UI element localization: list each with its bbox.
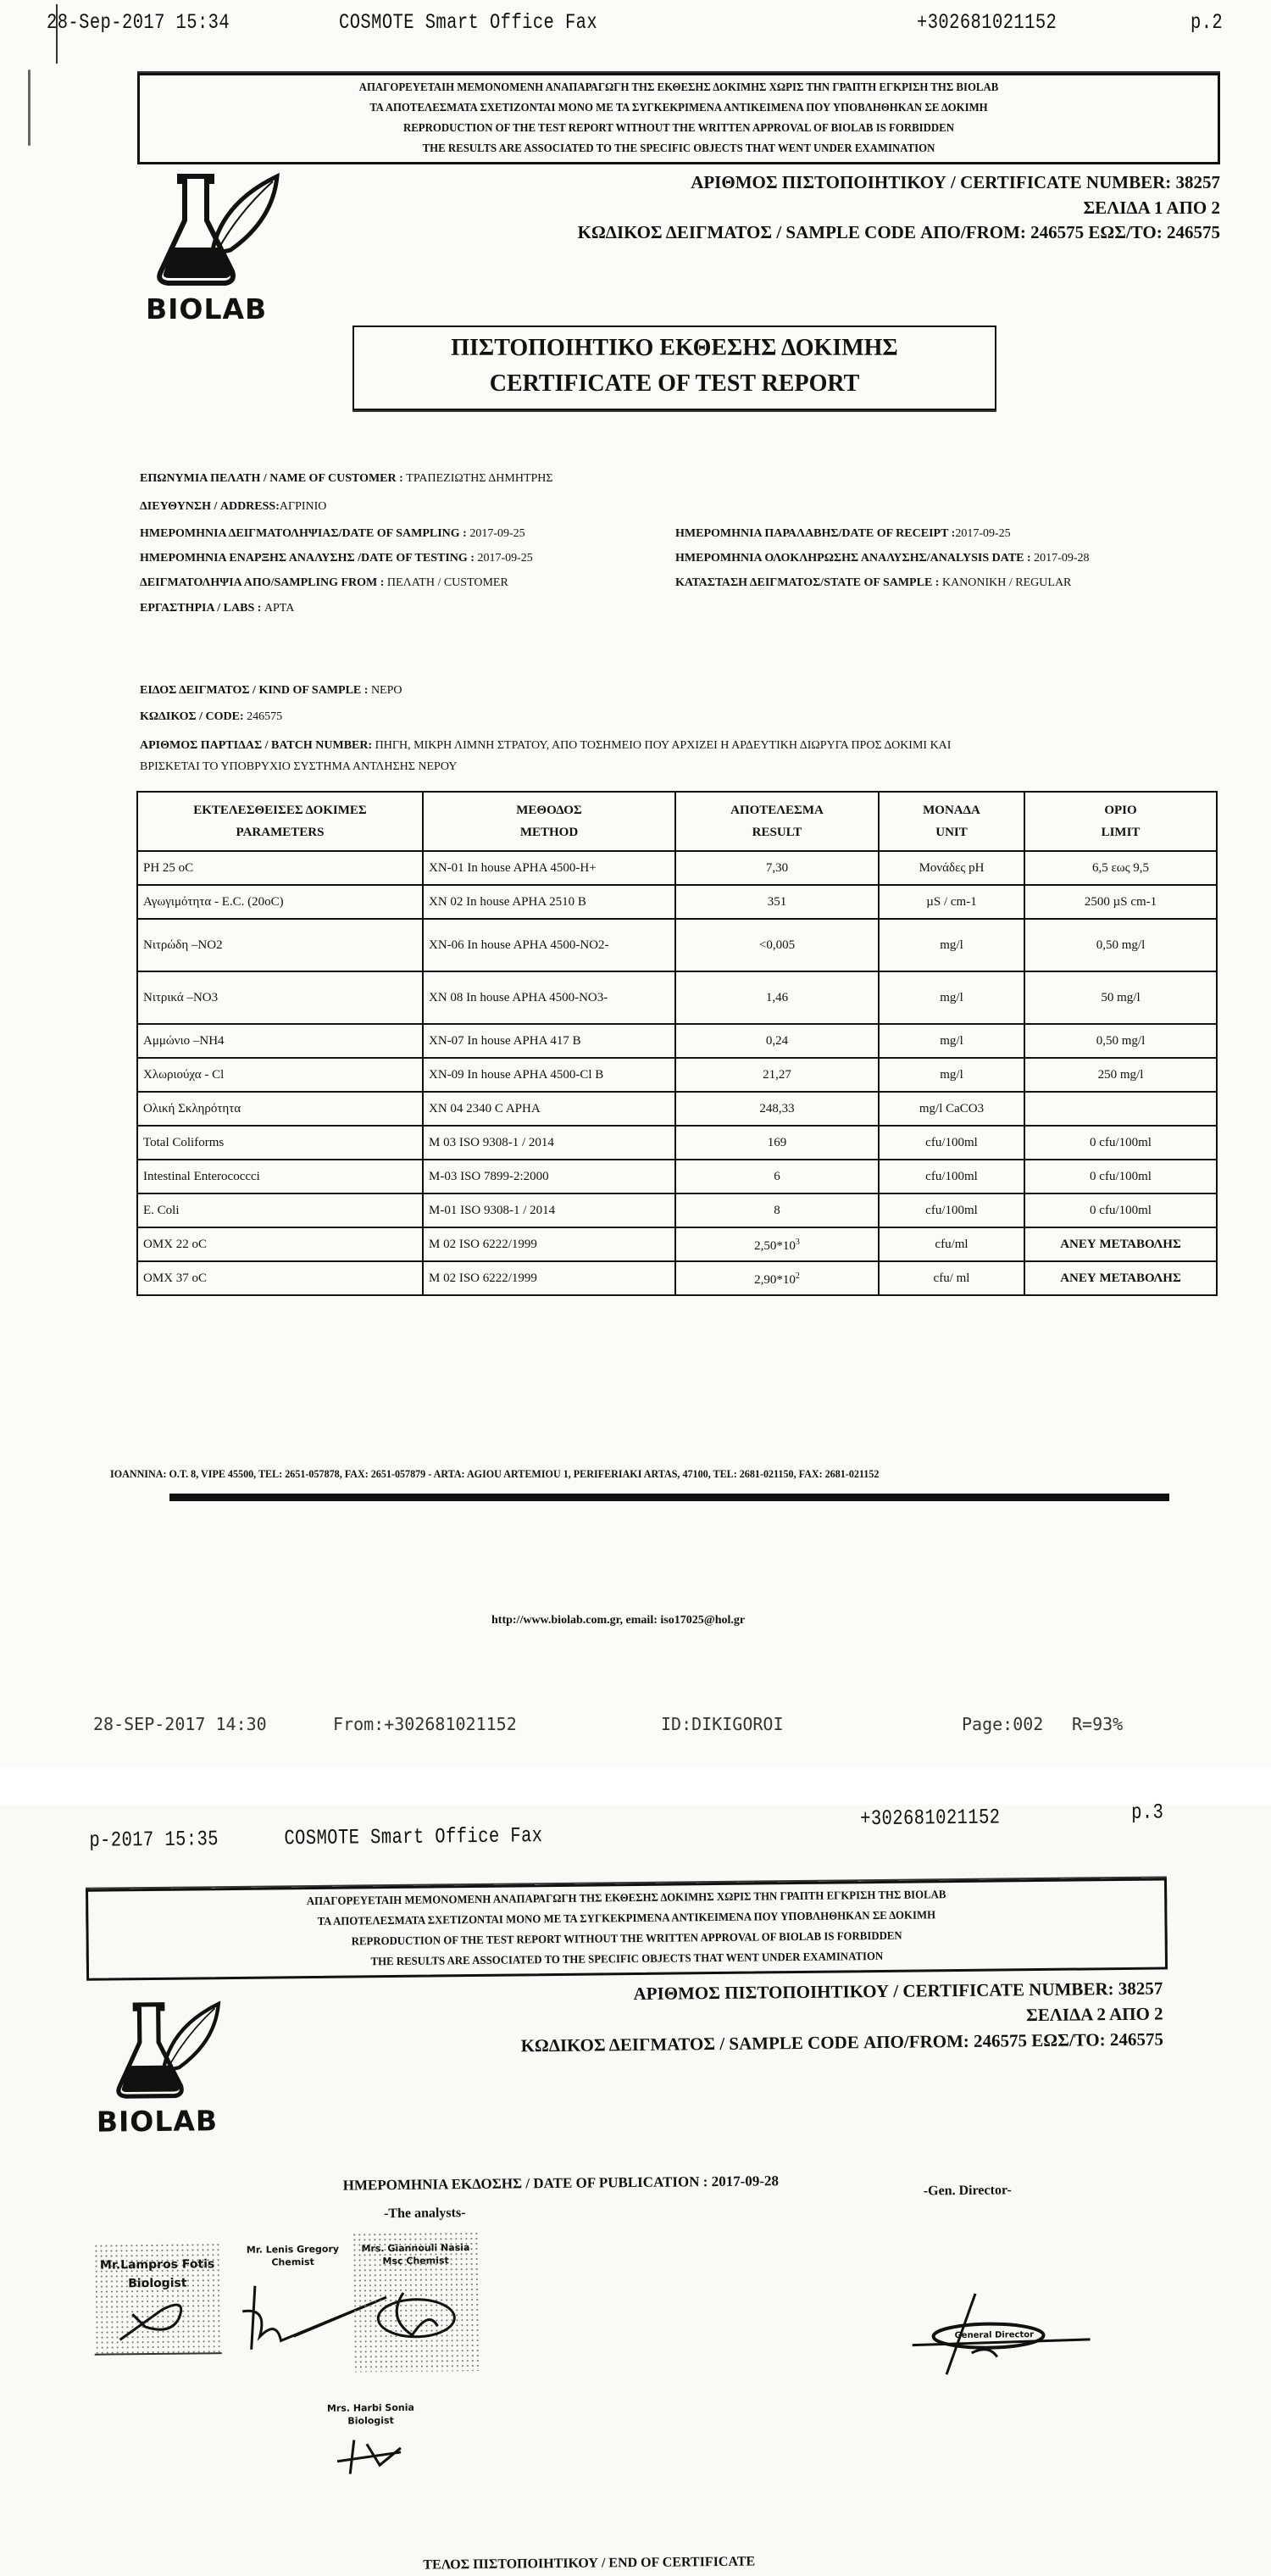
cell-unit: µS / cm-1 <box>879 885 1024 919</box>
fax-footer-datetime: 28-SEP-2017 14:30 <box>93 1714 267 1734</box>
date-of-testing: ΗΜΕΡΟΜΗΝΙΑ ΕΝΑΡΞΗΣ ΑΝΑΛΥΣΗΣ /DATE OF TES… <box>140 552 533 565</box>
cell-result: 169 <box>675 1126 879 1160</box>
certificate-number: ΑΡΙΘΜΟΣ ΠΙΣΤΟΠΟΙΗΤΙΚΟΥ / CERTIFICATE NUM… <box>691 172 1220 193</box>
lab-website-email: http://www.biolab.com.gr, email: iso1702… <box>491 1614 745 1627</box>
sample-code: ΚΩΔΙΚΟΣ / CODE: 246575 <box>140 710 282 724</box>
table-row: OMX 22 oCM 02 ISO 6222/19992,50*103cfu/m… <box>137 1227 1217 1261</box>
cell-method: XN-01 In house APHA 4500-H+ <box>423 851 675 885</box>
fax-datetime: p-2017 15:35 <box>89 1827 219 1853</box>
sample-code-range: ΚΩΔΙΚΟΣ ΔΕΙΓΜΑΤΟΣ / SAMPLE CODE ΑΠΟ/FROM… <box>578 222 1220 243</box>
publication-date: ΗΜΕΡΟΜΗΝΙΑ ΕΚΔΟΣΗΣ / DATE OF PUBLICATION… <box>343 2173 779 2194</box>
date-of-sampling: ΗΜΕΡΟΜΗΝΙΑ ΔΕΙΓΜΑΤΟΛΗΨΙΑΣ/DATE OF SAMPLI… <box>140 527 525 541</box>
customer-address: ΔΙΕΥΘΥΝΣΗ / ADDRESS:ΑΓΡΙΝΙΟ <box>140 500 326 514</box>
cell-parameter: Total Coliforms <box>137 1126 423 1160</box>
analysis-date: ΗΜΕΡΟΜΗΝΙΑ ΟΛΟΚΛΗΡΩΣΗΣ ΑΝΑΛΥΣΗΣ/ANALYSIS… <box>675 552 1090 565</box>
batch-number: ΑΡΙΘΜΟΣ ΠΑΡΤΙΔΑΣ / BATCH NUMBER: ΠΗΓΗ, Μ… <box>140 739 951 753</box>
page-gap <box>0 1767 1271 1805</box>
cell-parameter: Ολική Σκληρότητα <box>137 1092 423 1126</box>
signatory-name: General Director <box>954 2328 1034 2342</box>
results-table: ΕΚΤΕΛΕΣΘΕΙΣΕΣ ΔΟΚΙΜΕΣPARAMETERS ΜΕΘΟΔΟΣM… <box>136 791 1218 1296</box>
cell-limit: 2500 µS cm-1 <box>1024 885 1217 919</box>
table-row: Χλωριούχα - ClXN-09 In house APHA 4500-C… <box>137 1058 1217 1092</box>
fax-page: p.3 <box>1131 1800 1163 1824</box>
fax-page: p.2 <box>1191 10 1223 35</box>
cell-method: M 03 ISO 9308-1 / 2014 <box>423 1126 675 1160</box>
cell-limit: ΑΝΕΥ ΜΕΤΑΒΟΛΗΣ <box>1024 1261 1217 1295</box>
cell-limit: 250 mg/l <box>1024 1058 1217 1092</box>
fax-number: +302681021152 <box>860 1805 1001 1831</box>
header-method: ΜΕΘΟΔΟΣMETHOD <box>423 792 675 851</box>
reproduction-warning: ΑΠΑΓΟΡΕΥΕΤΑΙΗ ΜΕΜΟΝΟΜΕΝΗ ΑΝΑΠΑΡΑΓΩΓΗ ΤΗΣ… <box>137 73 1220 164</box>
cell-result: <0,005 <box>675 919 879 971</box>
biolab-wordmark: BIOLAB <box>97 2104 245 2139</box>
kind-of-sample: ΕΙΔΟΣ ΔΕΙΓΜΑΤΟΣ / KIND OF SAMPLE : ΝΕΡΟ <box>140 684 402 698</box>
cell-unit: cfu/100ml <box>879 1160 1024 1193</box>
fax-footer-resolution: R=93% <box>1072 1714 1123 1734</box>
result-exponent: 3 <box>796 1238 800 1247</box>
cell-result: 7,30 <box>675 851 879 885</box>
cell-result: 2,50*103 <box>675 1227 879 1261</box>
table-row: E. ColiM-01 ISO 9308-1 / 20148cfu/100ml0… <box>137 1193 1217 1227</box>
signatory-role: Chemist <box>234 2256 352 2269</box>
director-label: -Gen. Director- <box>924 2183 1012 2199</box>
cell-parameter: OMX 37 oC <box>137 1261 423 1295</box>
cell-limit: 0 cfu/100ml <box>1024 1126 1217 1160</box>
header-limit: ΟΡΙΟLIMIT <box>1024 792 1217 851</box>
cell-method: M-01 ISO 9308-1 / 2014 <box>423 1193 675 1227</box>
signature-scribble-icon <box>94 2292 222 2345</box>
cell-unit: mg/l <box>879 1058 1024 1092</box>
signatory-name: Mrs. Harbi Sonia <box>319 2401 421 2415</box>
sample-code-range: ΚΩΔΙΚΟΣ ΔΕΙΓΜΑΤΟΣ / SAMPLE CODE ΑΠΟ/FROM… <box>520 2028 1163 2056</box>
table-row: Total ColiformsM 03 ISO 9308-1 / 2014169… <box>137 1126 1217 1160</box>
cell-unit: cfu/100ml <box>879 1126 1024 1160</box>
staple-mark <box>28 70 31 146</box>
table-row: OMX 37 oCM 02 ISO 6222/19992,90*102cfu/ … <box>137 1261 1217 1295</box>
biolab-wordmark: BIOLAB <box>146 292 294 325</box>
cell-parameter: PH 25 oC <box>137 851 423 885</box>
cell-result: 2,90*102 <box>675 1261 879 1295</box>
cell-result: 0,24 <box>675 1024 879 1058</box>
cell-unit: mg/l <box>879 919 1024 971</box>
cell-result: 8 <box>675 1193 879 1227</box>
state-of-sample: ΚΑΤΑΣΤΑΣΗ ΔΕΙΓΜΑΤΟΣ/STATE OF SAMPLE : ΚΑ… <box>675 576 1071 590</box>
cell-unit: cfu/ ml <box>879 1261 1024 1295</box>
fax-service: COSMOTE Smart Office Fax <box>339 10 597 35</box>
cell-method: XN 02 In house APHA 2510 B <box>423 885 675 919</box>
cell-method: M 02 ISO 6222/1999 <box>423 1227 675 1261</box>
table-row: Νιτρικά –NO3XN 08 In house APHA 4500-NO3… <box>137 971 1217 1024</box>
signature-lampros-fotis: Mr.Lampros Fotis Biologist <box>93 2242 221 2356</box>
signatory-role: Msc Chemist <box>352 2254 480 2268</box>
cell-method: XN 08 In house APHA 4500-NO3- <box>423 971 675 1024</box>
header-result: ΑΠΟΤΕΛΕΣΜΑRESULT <box>675 792 879 851</box>
flask-leaf-icon <box>146 170 294 288</box>
warning-line: ΑΠΑΓΟΡΕΥΕΤΑΙΗ ΜΕΜΟΝΟΜΕΝΗ ΑΝΑΠΑΡΑΓΩΓΗ ΤΗΣ… <box>167 77 1191 97</box>
warning-line: ΤΑ ΑΠΟΤΕΛΕΣΜΑΤΑ ΣΧΕΤΙΖΟΝΤΑΙ ΜΟΝΟ ΜΕ ΤΑ Σ… <box>167 97 1191 118</box>
biolab-logo: BIOLAB <box>95 1998 245 2139</box>
cell-parameter: Αγωγιμότητα - E.C. (20oC) <box>137 885 423 919</box>
result-exponent: 2 <box>796 1271 800 1281</box>
analysts-label: -The analysts- <box>384 2206 466 2222</box>
cell-limit: 0 cfu/100ml <box>1024 1193 1217 1227</box>
sampling-from: ΔΕΙΓΜΑΤΟΛΗΨΙΑ ΑΠΟ/SAMPLING FROM : ΠΕΛΑΤΗ… <box>140 576 508 590</box>
fax-page-1: 28-Sep-2017 15:34 COSMOTE Smart Office F… <box>0 0 1271 1767</box>
table-header-row: ΕΚΤΕΛΕΣΘΕΙΣΕΣ ΔΟΚΙΜΕΣPARAMETERS ΜΕΘΟΔΟΣM… <box>137 792 1217 851</box>
batch-number-cont: ΒΡΙΣΚΕΤΑΙ ΤΟ ΥΠΟΒΡΥΧΙΟ ΣΥΣΤΗΜΑ ΑΝΤΛΗΣΗΣ … <box>140 760 457 774</box>
flask-leaf-icon <box>95 1998 244 2101</box>
fax-datetime: 28-Sep-2017 15:34 <box>47 10 230 35</box>
signature-harbi-sonia: Mrs. Harbi Sonia Biologist <box>319 2401 422 2495</box>
cell-result: 351 <box>675 885 879 919</box>
signatory-name: Mrs. Giannouli Nasia <box>352 2241 479 2256</box>
header-unit: ΜΟΝΑΔΑUNIT <box>879 792 1024 851</box>
signatory-name: Mr.Lampros Fotis <box>94 2255 221 2275</box>
signature-scribble-icon <box>895 2275 1091 2378</box>
fax-footer-page: Page:002 <box>962 1714 1043 1734</box>
signature-lenis-gregory: Mr. Lenis Gregory Chemist <box>233 2243 352 2362</box>
reproduction-warning: ΑΠΑΓΟΡΕΥΕΤΑΙΗ ΜΕΜΟΝΟΜΕΝΗ ΑΝΑΠΑΡΑΓΩΓΗ ΤΗΣ… <box>86 1878 1168 1980</box>
lab-addresses: IOANNINA: O.T. 8, VIPE 45500, TEL: 2651-… <box>110 1467 879 1481</box>
cell-unit: mg/l <box>879 1024 1024 1058</box>
signature-scribble-icon <box>320 2427 423 2479</box>
labs: ΕΡΓΑΣΤΗΡΙΑ / LABS : ΑΡΤΑ <box>140 602 294 615</box>
cell-method: M-03 ISO 7899-2:2000 <box>423 1160 675 1193</box>
cell-parameter: Intestinal Enterococcci <box>137 1160 423 1193</box>
biolab-logo: BIOLAB <box>146 170 294 325</box>
signatory-role: Biologist <box>320 2414 422 2428</box>
footer-bar <box>169 1494 1169 1501</box>
page-of: ΣΕΛΙΔΑ 1 ΑΠΟ 2 <box>1083 198 1220 219</box>
cell-unit: Μονάδες pH <box>879 851 1024 885</box>
fax-footer-id: ID:DIKIGOROI <box>661 1714 784 1734</box>
cell-limit: 0 cfu/100ml <box>1024 1160 1217 1193</box>
cell-parameter: Αμμώνιο –NH4 <box>137 1024 423 1058</box>
cell-result: 6 <box>675 1160 879 1193</box>
fax-service: COSMOTE Smart Office Fax <box>284 1823 542 1850</box>
cell-parameter: Νιτρώδη –NO2 <box>137 919 423 971</box>
signatory-role: Biologist <box>94 2273 221 2294</box>
warning-line: REPRODUCTION OF THE TEST REPORT WITHOUT … <box>167 118 1191 138</box>
certificate-title-box: ΠΙΣΤΟΠΟΙΗΤΙΚΟ ΕΚΘΕΣΗΣ ΔΟΚΙΜΗΣ CERTIFICAT… <box>352 325 996 410</box>
cell-limit <box>1024 1092 1217 1126</box>
cell-limit: 0,50 mg/l <box>1024 919 1217 971</box>
fax-page-2: p-2017 15:35 COSMOTE Smart Office Fax +3… <box>0 1805 1271 2576</box>
date-of-receipt: ΗΜΕΡΟΜΗΝΙΑ ΠΑΡΑΛΑΒΗΣ/DATE OF RECEIPT :20… <box>675 527 1011 541</box>
cell-parameter: OMX 22 oC <box>137 1227 423 1261</box>
cell-limit: 0,50 mg/l <box>1024 1024 1217 1058</box>
table-row: Αγωγιμότητα - E.C. (20oC)XN 02 In house … <box>137 885 1217 919</box>
signature-giannouli-nasia: Mrs. Giannouli Nasia Msc Chemist <box>352 2231 480 2373</box>
end-of-certificate: ΤΕΛΟΣ ΠΙΣΤΟΠΟΙΗΤΙΚΟΥ / END OF CERTIFICAT… <box>423 2555 755 2573</box>
cell-parameter: Νιτρικά –NO3 <box>137 971 423 1024</box>
page-of: ΣΕΛΙΔΑ 2 ΑΠΟ 2 <box>1026 2003 1163 2026</box>
cell-method: M 02 ISO 6222/1999 <box>423 1261 675 1295</box>
cell-parameter: E. Coli <box>137 1193 423 1227</box>
table-row: Νιτρώδη –NO2XN-06 In house APHA 4500-NO2… <box>137 919 1217 971</box>
cell-result: 21,27 <box>675 1058 879 1092</box>
fax-number: +302681021152 <box>917 10 1057 35</box>
warning-line: THE RESULTS ARE ASSOCIATED TO THE SPECIF… <box>167 138 1191 159</box>
certificate-number: ΑΡΙΘΜΟΣ ΠΙΣΤΟΠΟΙΗΤΙΚΟΥ / CERTIFICATE NUM… <box>633 1978 1163 2005</box>
table-row: PH 25 oCXN-01 In house APHA 4500-H+7,30Μ… <box>137 851 1217 885</box>
table-row: Ολική ΣκληρότηταXN 04 2340 C APHA248,33m… <box>137 1092 1217 1126</box>
customer-name: ΕΠΩΝΥΜΙΑ ΠΕΛΑΤΗ / NAME OF CUSTOMER : ΤΡΑ… <box>140 472 553 486</box>
cell-limit: 50 mg/l <box>1024 971 1217 1024</box>
cell-unit: mg/l CaCO3 <box>879 1092 1024 1126</box>
cell-unit: mg/l <box>879 971 1024 1024</box>
signature-scribble-icon <box>352 2267 480 2353</box>
cell-unit: cfu/100ml <box>879 1193 1024 1227</box>
cell-unit: cfu/ml <box>879 1227 1024 1261</box>
cell-method: XN-06 In house APHA 4500-NO2- <box>423 919 675 971</box>
fax-footer-from: From:+302681021152 <box>333 1714 517 1734</box>
signatory-name: Mr. Lenis Gregory <box>233 2243 352 2256</box>
signature-general-director: General Director <box>895 2275 1091 2378</box>
cell-limit: 6,5 εως 9,5 <box>1024 851 1217 885</box>
cell-method: XN-07 In house APHA 417 B <box>423 1024 675 1058</box>
table-row: Intestinal EnterococcciM-03 ISO 7899-2:2… <box>137 1160 1217 1193</box>
cell-parameter: Χλωριούχα - Cl <box>137 1058 423 1092</box>
title-greek: ΠΙΣΤΟΠΟΙΗΤΙΚΟ ΕΚΘΕΣΗΣ ΔΟΚΙΜΗΣ <box>354 331 995 366</box>
header-parameters: ΕΚΤΕΛΕΣΘΕΙΣΕΣ ΔΟΚΙΜΕΣPARAMETERS <box>137 792 423 851</box>
cell-method: XN 04 2340 C APHA <box>423 1092 675 1126</box>
cell-result: 248,33 <box>675 1092 879 1126</box>
table-row: Αμμώνιο –NH4XN-07 In house APHA 417 B0,2… <box>137 1024 1217 1058</box>
title-english: CERTIFICATE OF TEST REPORT <box>354 366 995 402</box>
cell-result: 1,46 <box>675 971 879 1024</box>
cell-method: XN-09 In house APHA 4500-Cl B <box>423 1058 675 1092</box>
cell-limit: ΑΝΕΥ ΜΕΤΑΒΟΛΗΣ <box>1024 1227 1217 1261</box>
